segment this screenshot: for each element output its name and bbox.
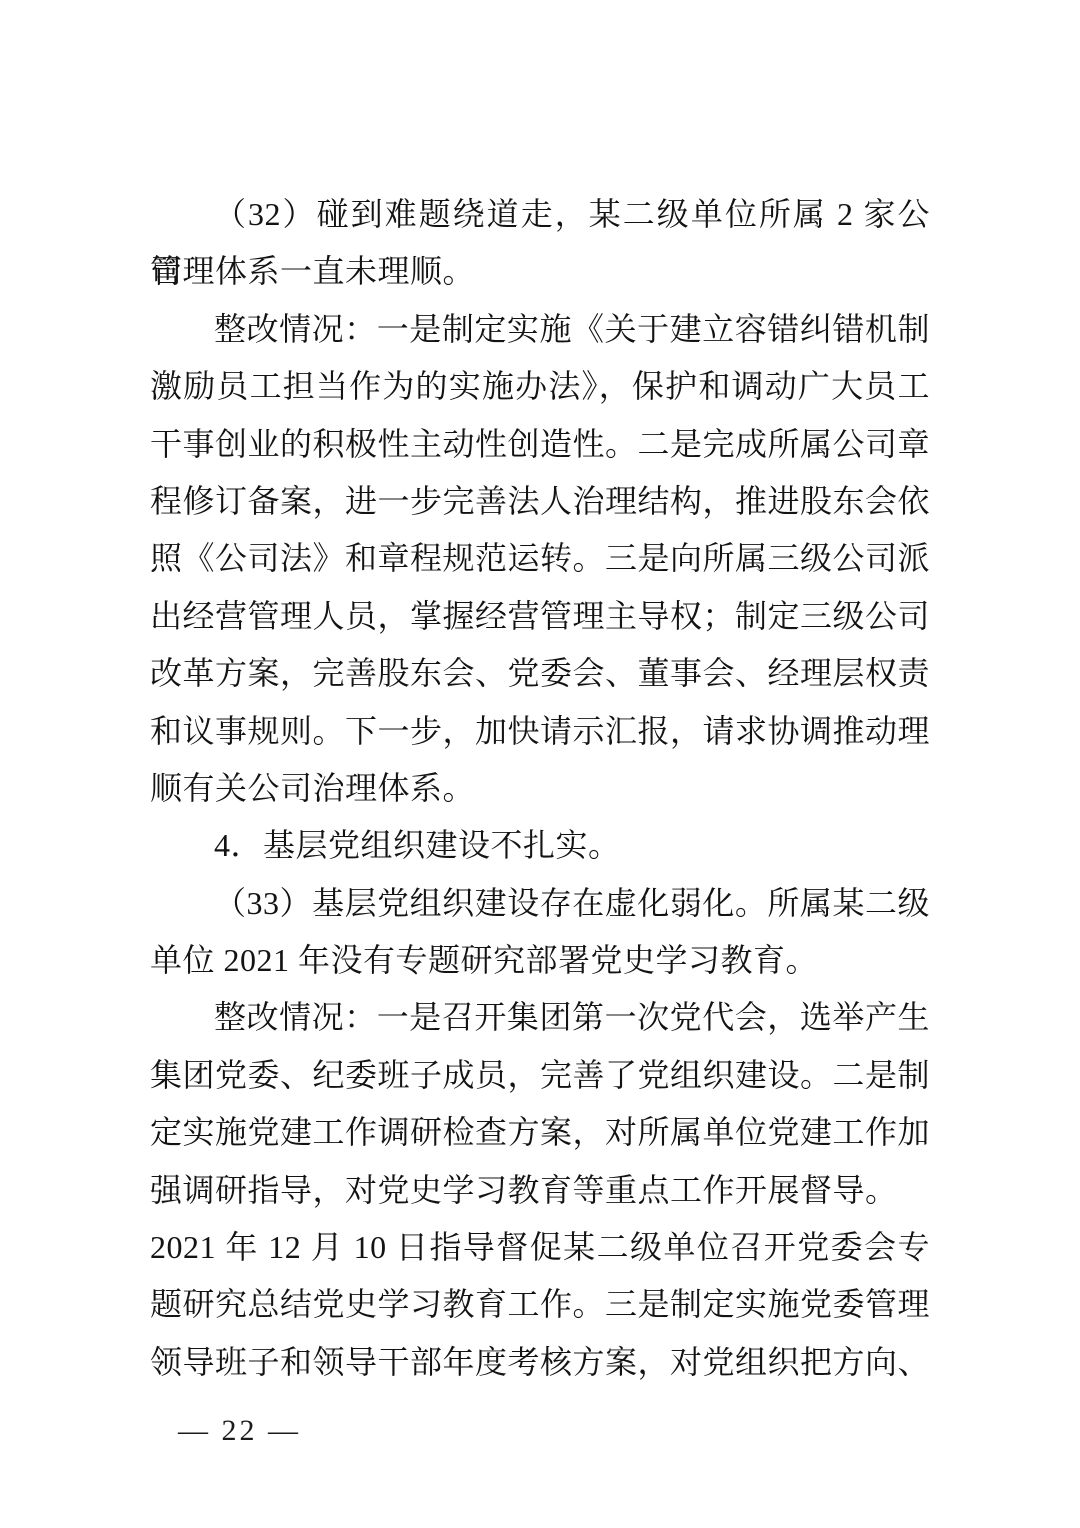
text-line: 和议事规则。下一步，加快请示汇报，请求协调推动理 — [150, 703, 930, 760]
page-number: — 22 — — [178, 1412, 301, 1450]
text-line: 激励员工担当作为的实施办法》，保护和调动广大员工 — [150, 358, 930, 415]
text-line: 2021 年 12 月 10 日指导督促某二级单位召开党委会专 — [150, 1219, 930, 1276]
text-line: （32）碰到难题绕道走，某二级单位所属 2 家公司 — [150, 186, 930, 243]
text-line: 整改情况：一是制定实施《关于建立容错纠错机制 — [150, 301, 930, 358]
text-line: 单位 2021 年没有专题研究部署党史学习教育。 — [150, 932, 930, 989]
text-line: 强调研指导，对党史学习教育等重点工作开展督导。 — [150, 1162, 930, 1219]
text-line: 定实施党建工作调研检查方案，对所属单位党建工作加 — [150, 1104, 930, 1161]
text-line: 改革方案，完善股东会、党委会、董事会、经理层权责 — [150, 645, 930, 702]
text-line: 集团党委、纪委班子成员，完善了党组织建设。二是制 — [150, 1047, 930, 1104]
text-line: 管理体系一直未理顺。 — [150, 243, 930, 300]
text-line: 程修订备案，进一步完善法人治理结构，推进股东会依 — [150, 473, 930, 530]
document-page: （32）碰到难题绕道走，某二级单位所属 2 家公司管理体系一直未理顺。整改情况：… — [0, 0, 1080, 1528]
text-line: 出经营管理人员，掌握经营管理主导权；制定三级公司 — [150, 588, 930, 645]
text-line: 顺有关公司治理体系。 — [150, 760, 930, 817]
text-line: 题研究总结党史学习教育工作。三是制定实施党委管理 — [150, 1276, 930, 1333]
text-line: 照《公司法》和章程规范运转。三是向所属三级公司派 — [150, 530, 930, 587]
text-line: 整改情况：一是召开集团第一次党代会，选举产生 — [150, 989, 930, 1046]
text-line: 领导班子和领导干部年度考核方案，对党组织把方向、 — [150, 1334, 930, 1391]
text-line: 干事创业的积极性主动性创造性。二是完成所属公司章 — [150, 416, 930, 473]
text-line: （33）基层党组织建设存在虚化弱化。所属某二级 — [150, 875, 930, 932]
text-line: 4．基层党组织建设不扎实。 — [150, 817, 930, 874]
document-body: （32）碰到难题绕道走，某二级单位所属 2 家公司管理体系一直未理顺。整改情况：… — [150, 186, 930, 1391]
